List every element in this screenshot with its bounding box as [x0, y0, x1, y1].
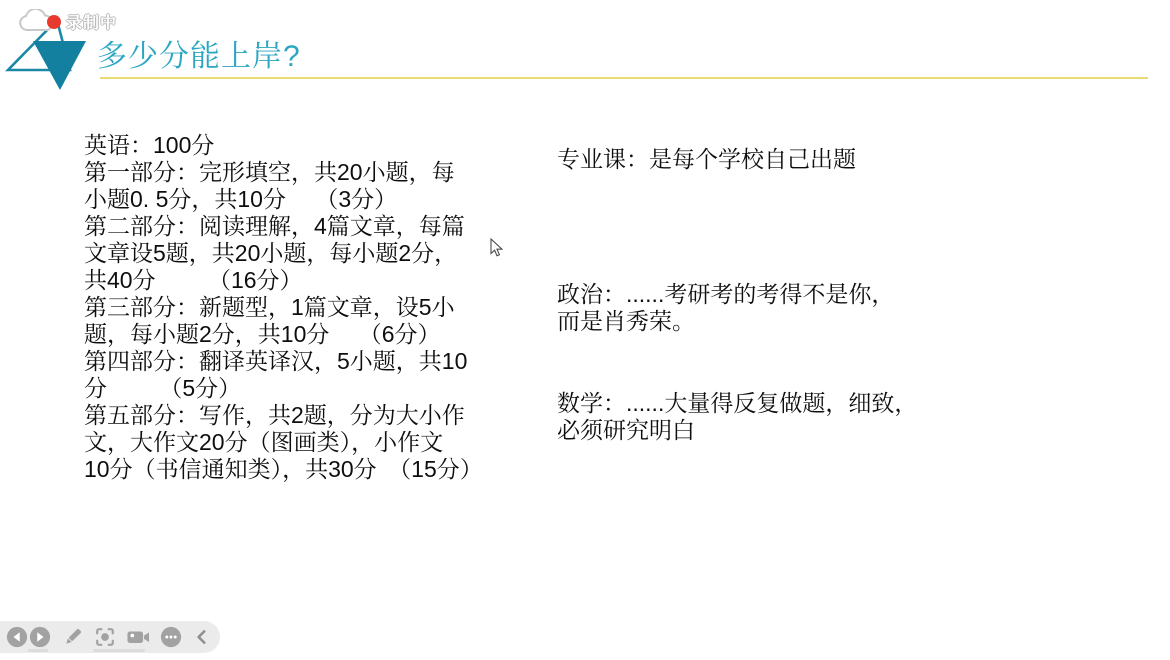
more-options-button[interactable]	[157, 621, 185, 653]
text-line: 文章设5题，共20小题，每小题2分，	[84, 240, 483, 267]
math-note: 数学：......大量得反复做题，细致， 必须研究明白	[557, 390, 917, 444]
text-line: 英语：100分	[84, 132, 483, 159]
text-line: 而是肖秀荣。	[557, 308, 894, 335]
english-score-breakdown: 英语：100分 第一部分：完形填空，共20小题，每 小题0. 5分，共10分 （…	[84, 132, 483, 483]
presentation-slide: 录制中 多少分能上岸? 英语：100分 第一部分：完形填空，共20小题，每 小题…	[0, 0, 1170, 660]
text-line: 第五部分：写作，共2题，分为大小作	[84, 402, 483, 429]
previous-icon	[6, 626, 28, 648]
text-line: 第三部分：新题型，1篇文章，设5小	[84, 294, 483, 321]
text-line: 10分（书信通知类），共30分 （15分）	[84, 456, 483, 483]
presenter-toolbar	[0, 621, 220, 653]
collapse-toolbar-button[interactable]	[188, 621, 216, 653]
text-line: 分 （5分）	[84, 375, 483, 402]
text-line: 第四部分：翻译英译汉，5小题，共10	[84, 348, 483, 375]
text-line: 文，大作文20分（图画类），小作文	[84, 429, 483, 456]
text-line: 第一部分：完形填空，共20小题，每	[84, 159, 483, 186]
toolbar-indicator-mark	[28, 649, 48, 652]
text-line: 第二部分：阅读理解，4篇文章，每篇	[84, 213, 483, 240]
text-line: 专业课：是每个学校自己出题	[557, 146, 856, 173]
laser-pointer-icon	[94, 626, 116, 648]
text-line: 必须研究明白	[557, 417, 917, 444]
major-course-note: 专业课：是每个学校自己出题	[557, 146, 856, 173]
pen-tool-button[interactable]	[59, 621, 87, 653]
text-line: 共40分 （16分）	[84, 267, 483, 294]
mouse-cursor-icon	[490, 238, 503, 257]
recording-dot-icon	[47, 15, 61, 29]
more-icon	[160, 626, 182, 648]
politics-note: 政治：......考研考的考得不是你， 而是肖秀荣。	[557, 281, 894, 335]
page-title: 多少分能上岸?	[97, 31, 301, 75]
next-icon	[29, 626, 51, 648]
toolbar-indicator-mark	[93, 649, 145, 652]
text-line: 小题0. 5分，共10分 （3分）	[84, 186, 483, 213]
chevron-left-icon	[193, 628, 211, 646]
title-underline	[100, 77, 1148, 79]
camera-icon	[126, 626, 150, 648]
recording-label: 录制中	[66, 10, 117, 33]
text-line: 数学：......大量得反复做题，细致，	[557, 390, 917, 417]
text-line: 政治：......考研考的考得不是你，	[557, 281, 894, 308]
text-line: 题，每小题2分，共10分 （6分）	[84, 321, 483, 348]
pen-icon	[62, 626, 84, 648]
